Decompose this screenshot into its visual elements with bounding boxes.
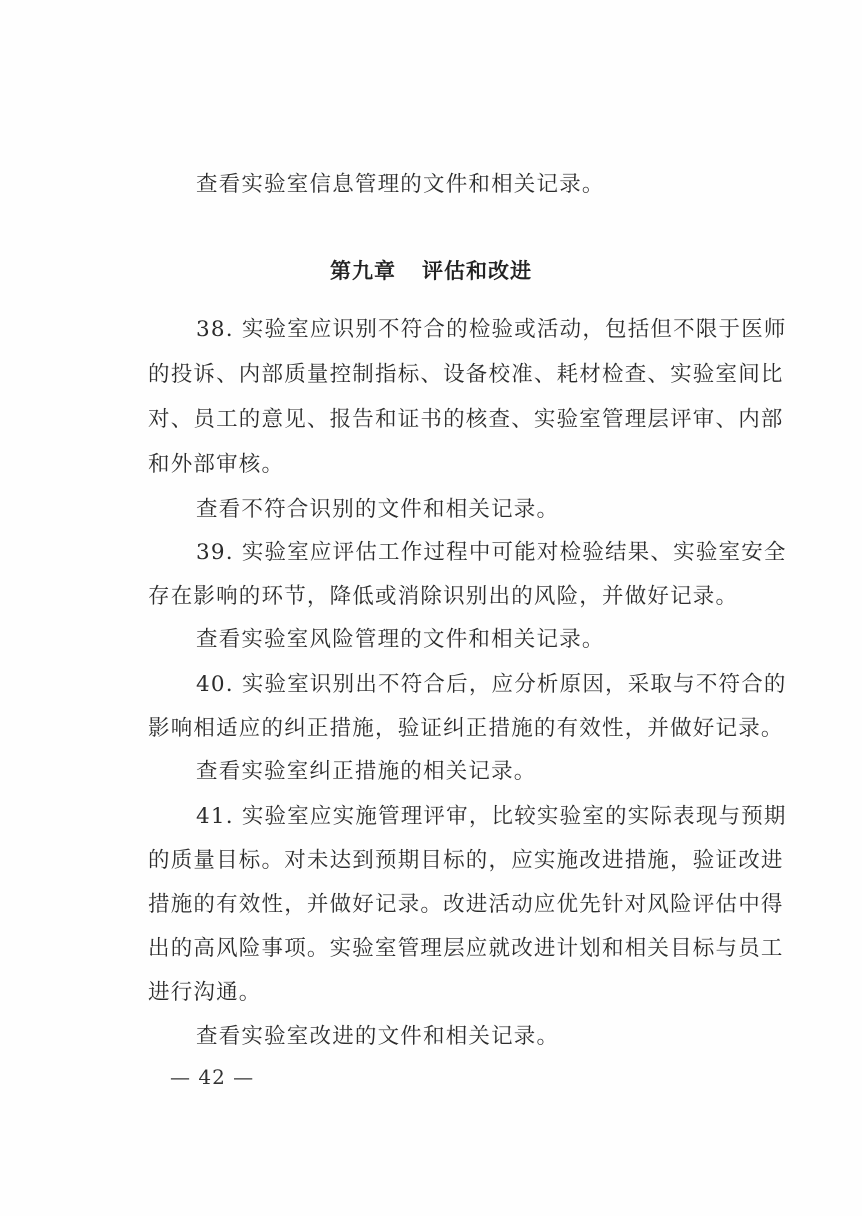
section-41-line-1: 41. 实验室应实施管理评审，比较实验室的实际表现与预期 xyxy=(196,802,826,832)
section-38-line-3: 对、员工的意见、报告和证书的核查、实验室管理层评审、内部 xyxy=(148,405,778,435)
section-39-line-2: 存在影响的环节，降低或消除识别出的风险，并做好记录。 xyxy=(148,582,778,612)
section-41-line-2: 的质量目标。对未达到预期目标的，应实施改进措施，验证改进 xyxy=(148,846,778,876)
section-38-line-2: 的投诉、内部质量控制指标、设备校准、耗材检查、实验室间比 xyxy=(148,360,778,390)
section-38-line-4: 和外部审核。 xyxy=(148,450,778,480)
chapter-title: 评估和改进 xyxy=(422,259,532,283)
section-41-line-5: 进行沟通。 xyxy=(148,978,778,1008)
section-40-check: 查看实验室纠正措施的相关记录。 xyxy=(196,757,826,787)
section-41-line-3: 措施的有效性，并做好记录。改进活动应优先针对风险评估中得 xyxy=(148,890,778,920)
section-40-line-2: 影响相适应的纠正措施，验证纠正措施的有效性，并做好记录。 xyxy=(148,714,778,744)
section-40-line-1: 40. 实验室识别出不符合后，应分析原因，采取与不符合的 xyxy=(196,670,826,700)
section-41-line-4: 出的高风险事项。实验室管理层应就改进计划和相关目标与员工 xyxy=(148,934,778,964)
section-39-line-1: 39. 实验室应评估工作过程中可能对检验结果、实验室安全 xyxy=(196,538,826,568)
section-41-check: 查看实验室改进的文件和相关记录。 xyxy=(196,1022,826,1052)
section-38-check: 查看不符合识别的文件和相关记录。 xyxy=(196,495,826,525)
section-39-check: 查看实验室风险管理的文件和相关记录。 xyxy=(196,625,826,655)
intro-line: 查看实验室信息管理的文件和相关记录。 xyxy=(196,170,826,200)
chapter-number: 第九章 xyxy=(330,259,396,283)
page-number: — 42 — xyxy=(170,1065,254,1089)
document-page: 查看实验室信息管理的文件和相关记录。 第九章评估和改进 38. 实验室应识别不符… xyxy=(0,0,862,1216)
chapter-heading: 第九章评估和改进 xyxy=(0,255,862,285)
section-38-line-1: 38. 实验室应识别不符合的检验或活动，包括但不限于医师 xyxy=(196,315,826,345)
